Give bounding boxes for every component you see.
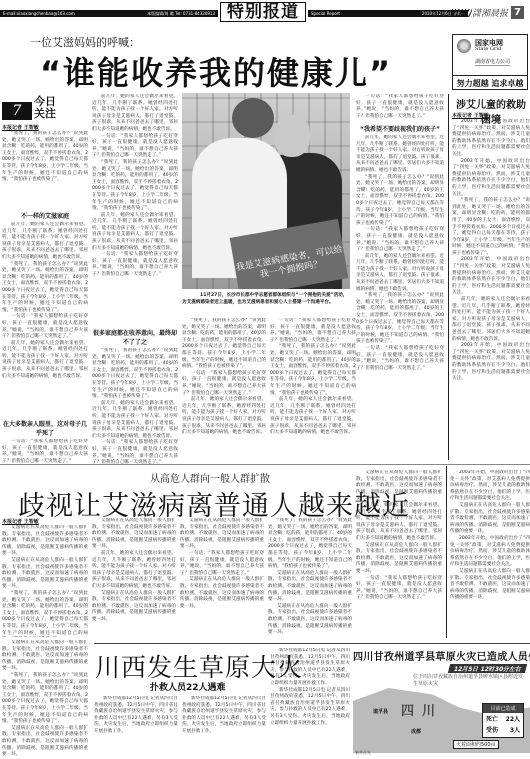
second-column-4: “我死了，我的孩子怎么办？”说到此处，她又哭了一场。她给出的答案，却明显含糊：吃… bbox=[268, 518, 352, 638]
body-text: “我死了，我的孩子怎么办？”说到此处，她又哭了一场。她给出的答案，却明显含糊：吃… bbox=[182, 318, 266, 462]
body-text: 一句话：“我家人都想给孩子吃好穿好，孩子一直很健康，就是没人愿意收养。”她说，“… bbox=[270, 318, 356, 462]
masthead: E-mail:xiaoxiangchenbao@163.com 本版编辑/周 璐… bbox=[0, 6, 530, 20]
badge-number: 7 bbox=[2, 102, 32, 120]
body-text: 新华社成都12月5日电 记者从四川甘孜州政府获悉，12月5日中午，四川省甘孜藏族… bbox=[270, 648, 350, 759]
second-column-5: 艾滋病正在从高危人群向一般人群扩散。专家指出，社会歧视使许多感染者不敢检测、不敢… bbox=[356, 470, 442, 638]
photo-caption: 11月27日，长沙市长郡中学志愿者群体组织与“一个拥抱的关爱”活动，为艾滋病感染… bbox=[182, 293, 352, 306]
third-subheadline: 扑救人员22人遇难 bbox=[150, 680, 226, 693]
state-grid-ad[interactable]: 国家电网 State Grid 湖南省电力公司 努力超越 追求卓越 bbox=[452, 34, 528, 90]
body-text: “我死了，我的孩子怎么办？”说到此处，她又哭了一场。她给出的答案，却明显含糊：吃… bbox=[268, 518, 352, 638]
body-text: 新华社成都12月5日电 记者从四川甘孜州政府获悉，12月5日中午，四川省甘孜藏族… bbox=[94, 696, 178, 759]
page-number: 7 bbox=[511, 6, 524, 19]
subhead: “我希望不要歧视我们的孩子” bbox=[356, 124, 444, 133]
body-text: 艾滋病正在从高危人群向一般人群扩散。专家指出，社会歧视使许多感染者不敢检测、不敢… bbox=[92, 518, 176, 638]
section-en: Special Report bbox=[311, 11, 340, 16]
third-column-1: 新华社成都12月5日电 记者从四川甘孜州政府获悉，12月5日中午，四川省甘孜藏族… bbox=[94, 696, 178, 759]
second-byline: 本报记者 王智敏 bbox=[2, 518, 88, 525]
subhead: 在大多数亲人眼里，这对母子几乎死了 bbox=[2, 419, 88, 437]
body-text: 前几年，她的家人还会偶尔来看望。近几年，几乎断了联系。她曾经四处打听，能不能为孩… bbox=[92, 94, 178, 326]
section-title: 特别报道 bbox=[220, 2, 306, 22]
lead-headline: “谁能收养我的健康儿” bbox=[40, 48, 392, 94]
body-text: 前几年，她的家人还会偶尔来看望。近几年，几乎断了联系。她曾经四处打听，能不能为孩… bbox=[356, 135, 444, 461]
body-text: 新华社成都12月5日电 记者从四川甘孜州政府获悉，12月5日中午，四川省甘孜藏族… bbox=[182, 696, 266, 759]
town-chengdu: 成都 bbox=[411, 728, 421, 735]
newspaper-brand: 潇湘晨报 bbox=[472, 6, 508, 19]
lead-photo: 我是艾滋病感染者，可以给我一个拥抱吗？ bbox=[182, 93, 350, 289]
editor-info: 本版编辑/周 璐 Tel: 0731-84326913 bbox=[147, 10, 215, 17]
ad-slogan: 努力超越 追求卓越 bbox=[453, 75, 527, 89]
body-text: “我死了，我的孩子怎么办？”说到此处，她又哭了一场。她给出的答案，却明显含糊：吃… bbox=[92, 348, 178, 468]
region-label: 四川 bbox=[401, 700, 443, 719]
body-text: 前几年，她的家人还会偶尔来看望。近几年，几乎断了联系。她曾经四处打听，能不能为孩… bbox=[2, 222, 88, 417]
lead-column-3: 一句话：“我家人都想给孩子吃好穿好，孩子一直很健康，就是没人愿意收养。”她说，“… bbox=[270, 318, 356, 462]
third-column-3: 新华社成都12月5日电 记者从四川甘孜州政府获悉，12月5日中午，四川省甘孜藏族… bbox=[270, 648, 350, 759]
fire-area-label: 火着面积约500亩 bbox=[453, 740, 499, 749]
lead-column-2: 前几年，她的家人还会偶尔来看望。近几年，几乎断了联系。她曾经四处打听，能不能为孩… bbox=[92, 94, 178, 462]
body-text: 艾滋病正在从高危人群向一般人群扩散。专家指出，社会歧视使许多感染者不敢检测、不敢… bbox=[356, 470, 442, 638]
third-column-2: 新华社成都12月5日电 记者从四川甘孜州政府获悉，12月5日中午，四川省甘孜藏族… bbox=[182, 696, 266, 759]
body-text: 2003年开始，中国政府出台了“四免一关怀”政策，对艾滋病人免费提供抗病毒治疗。… bbox=[452, 119, 530, 459]
infographic-time: 12月5日 12时30分左右 bbox=[447, 664, 527, 673]
second-column-3: 艾滋病正在从高危人群向一般人群扩散。专家指出，社会歧视使许多感染者不敢检测、不敢… bbox=[180, 518, 264, 638]
decorative-slashes-icon bbox=[452, 9, 472, 17]
column-badge: 7 今日关注 bbox=[2, 96, 62, 122]
section-divider bbox=[0, 464, 530, 465]
second-kicker: 从高危人群向一般人群扩散 bbox=[150, 470, 270, 485]
town-daofu: 道孚县 bbox=[373, 708, 388, 715]
lead-column-3b: “我死了，我的孩子怎么办？”说到此处，她又哭了一场。她给出的答案，却明显含糊：吃… bbox=[182, 318, 266, 462]
stat-injured: 受伤3人 bbox=[483, 724, 523, 735]
badge-label: 今日关注 bbox=[34, 96, 58, 120]
infographic-source: 新华社发 bbox=[355, 750, 371, 756]
masthead-bar-right: Special Report 2010年12月6日 星期一 bbox=[308, 10, 468, 17]
ad-company-en: State Grid bbox=[475, 46, 501, 52]
body-text: 艾滋病正在从高危人群向一般人群扩散。专家指出，社会歧视使许多感染者不敢检测、不敢… bbox=[2, 640, 88, 759]
masthead-bar-left: E-mail:xiaoxiangchenbao@163.com 本版编辑/周 璐… bbox=[0, 10, 218, 17]
body-text: “我死了，我的孩子怎么办？”说到此处，她又哭了一场。她给出的答案，却明显含糊：吃… bbox=[2, 131, 88, 209]
body-text: 一句话：“我家人都想给孩子吃好穿好，孩子一直很健康，就是没人愿意收养。”她说，“… bbox=[356, 94, 444, 122]
second-column-2: 艾滋病正在从高危人群向一般人群扩散。专家指出，社会歧视使许多感染者不敢检测、不敢… bbox=[92, 518, 176, 638]
section-divider bbox=[94, 643, 530, 644]
right-story: 本报记者 王智敏 2003年开始，中国政府出台了“四免一关怀”政策，对艾滋病人免… bbox=[452, 112, 530, 462]
infographic-description: 位于四川甘孜藏族自治州道孚县鲜水镇区县附近发生草原火灾 bbox=[413, 674, 525, 688]
second-column-1-cont: 艾滋病正在从高危人群向一般人群扩散。专家指出，社会歧视使许多感染者不敢检测、不敢… bbox=[2, 640, 88, 759]
casualty-box: 目前已造成 死亡22人 受伤3人 bbox=[482, 703, 524, 738]
body-text: 艾滋病正在从高危人群向一般人群扩散。专家指出，社会歧视使许多感染者不敢检测、不敢… bbox=[2, 525, 88, 637]
right-byline: 本报记者 王智敏 bbox=[452, 112, 530, 119]
lead-byline: 本报记者 王智敏 bbox=[2, 124, 88, 131]
fire-infographic: 四川甘孜州道孚县草原火灾已造成人员伤亡 12月5日 12时30分左右 位于四川甘… bbox=[353, 648, 530, 756]
column-divider bbox=[448, 94, 449, 460]
state-grid-logo-icon bbox=[457, 39, 471, 53]
column-divider bbox=[446, 466, 447, 638]
infographic-title: 四川甘孜州道孚县草原火灾已造成人员伤亡 bbox=[353, 648, 530, 663]
second-column-6: 2003年开始，中国政府出台了“四免一关怀”政策，对艾滋病人免费提供抗病毒治疗。… bbox=[450, 470, 530, 638]
body-text: 2003年开始，中国政府出台了“四免一关怀”政策，对艾滋病人免费提供抗病毒治疗。… bbox=[450, 470, 530, 638]
subhead: 不一样的艾滋家庭 bbox=[2, 211, 88, 220]
body-text: 艾滋病正在从高危人群向一般人群扩散。专家指出，社会歧视使许多感染者不敢检测、不敢… bbox=[180, 518, 264, 638]
stat-deaths: 死亡22人 bbox=[483, 713, 523, 724]
subhead: 很多家庭都在收养意向，最终却不了了之 bbox=[92, 328, 178, 346]
lead-column-4: 一句话：“我家人都想给孩子吃好穿好，孩子一直很健康，就是没人愿意收养。”她说，“… bbox=[356, 94, 444, 462]
lead-column-1: 本报记者 王智敏 “我死了，我的孩子怎么办？”说到此处，她又哭了一场。她给出的答… bbox=[2, 124, 88, 462]
ad-subsidiary: 湖南省电力公司 bbox=[475, 58, 510, 66]
contact-email: E-mail:xiaoxiangchenbao@163.com bbox=[3, 11, 75, 16]
second-column-1: 本报记者 王智敏 艾滋病正在从高危人群向一般人群扩散。专家指出，社会歧视使许多感… bbox=[2, 518, 88, 638]
